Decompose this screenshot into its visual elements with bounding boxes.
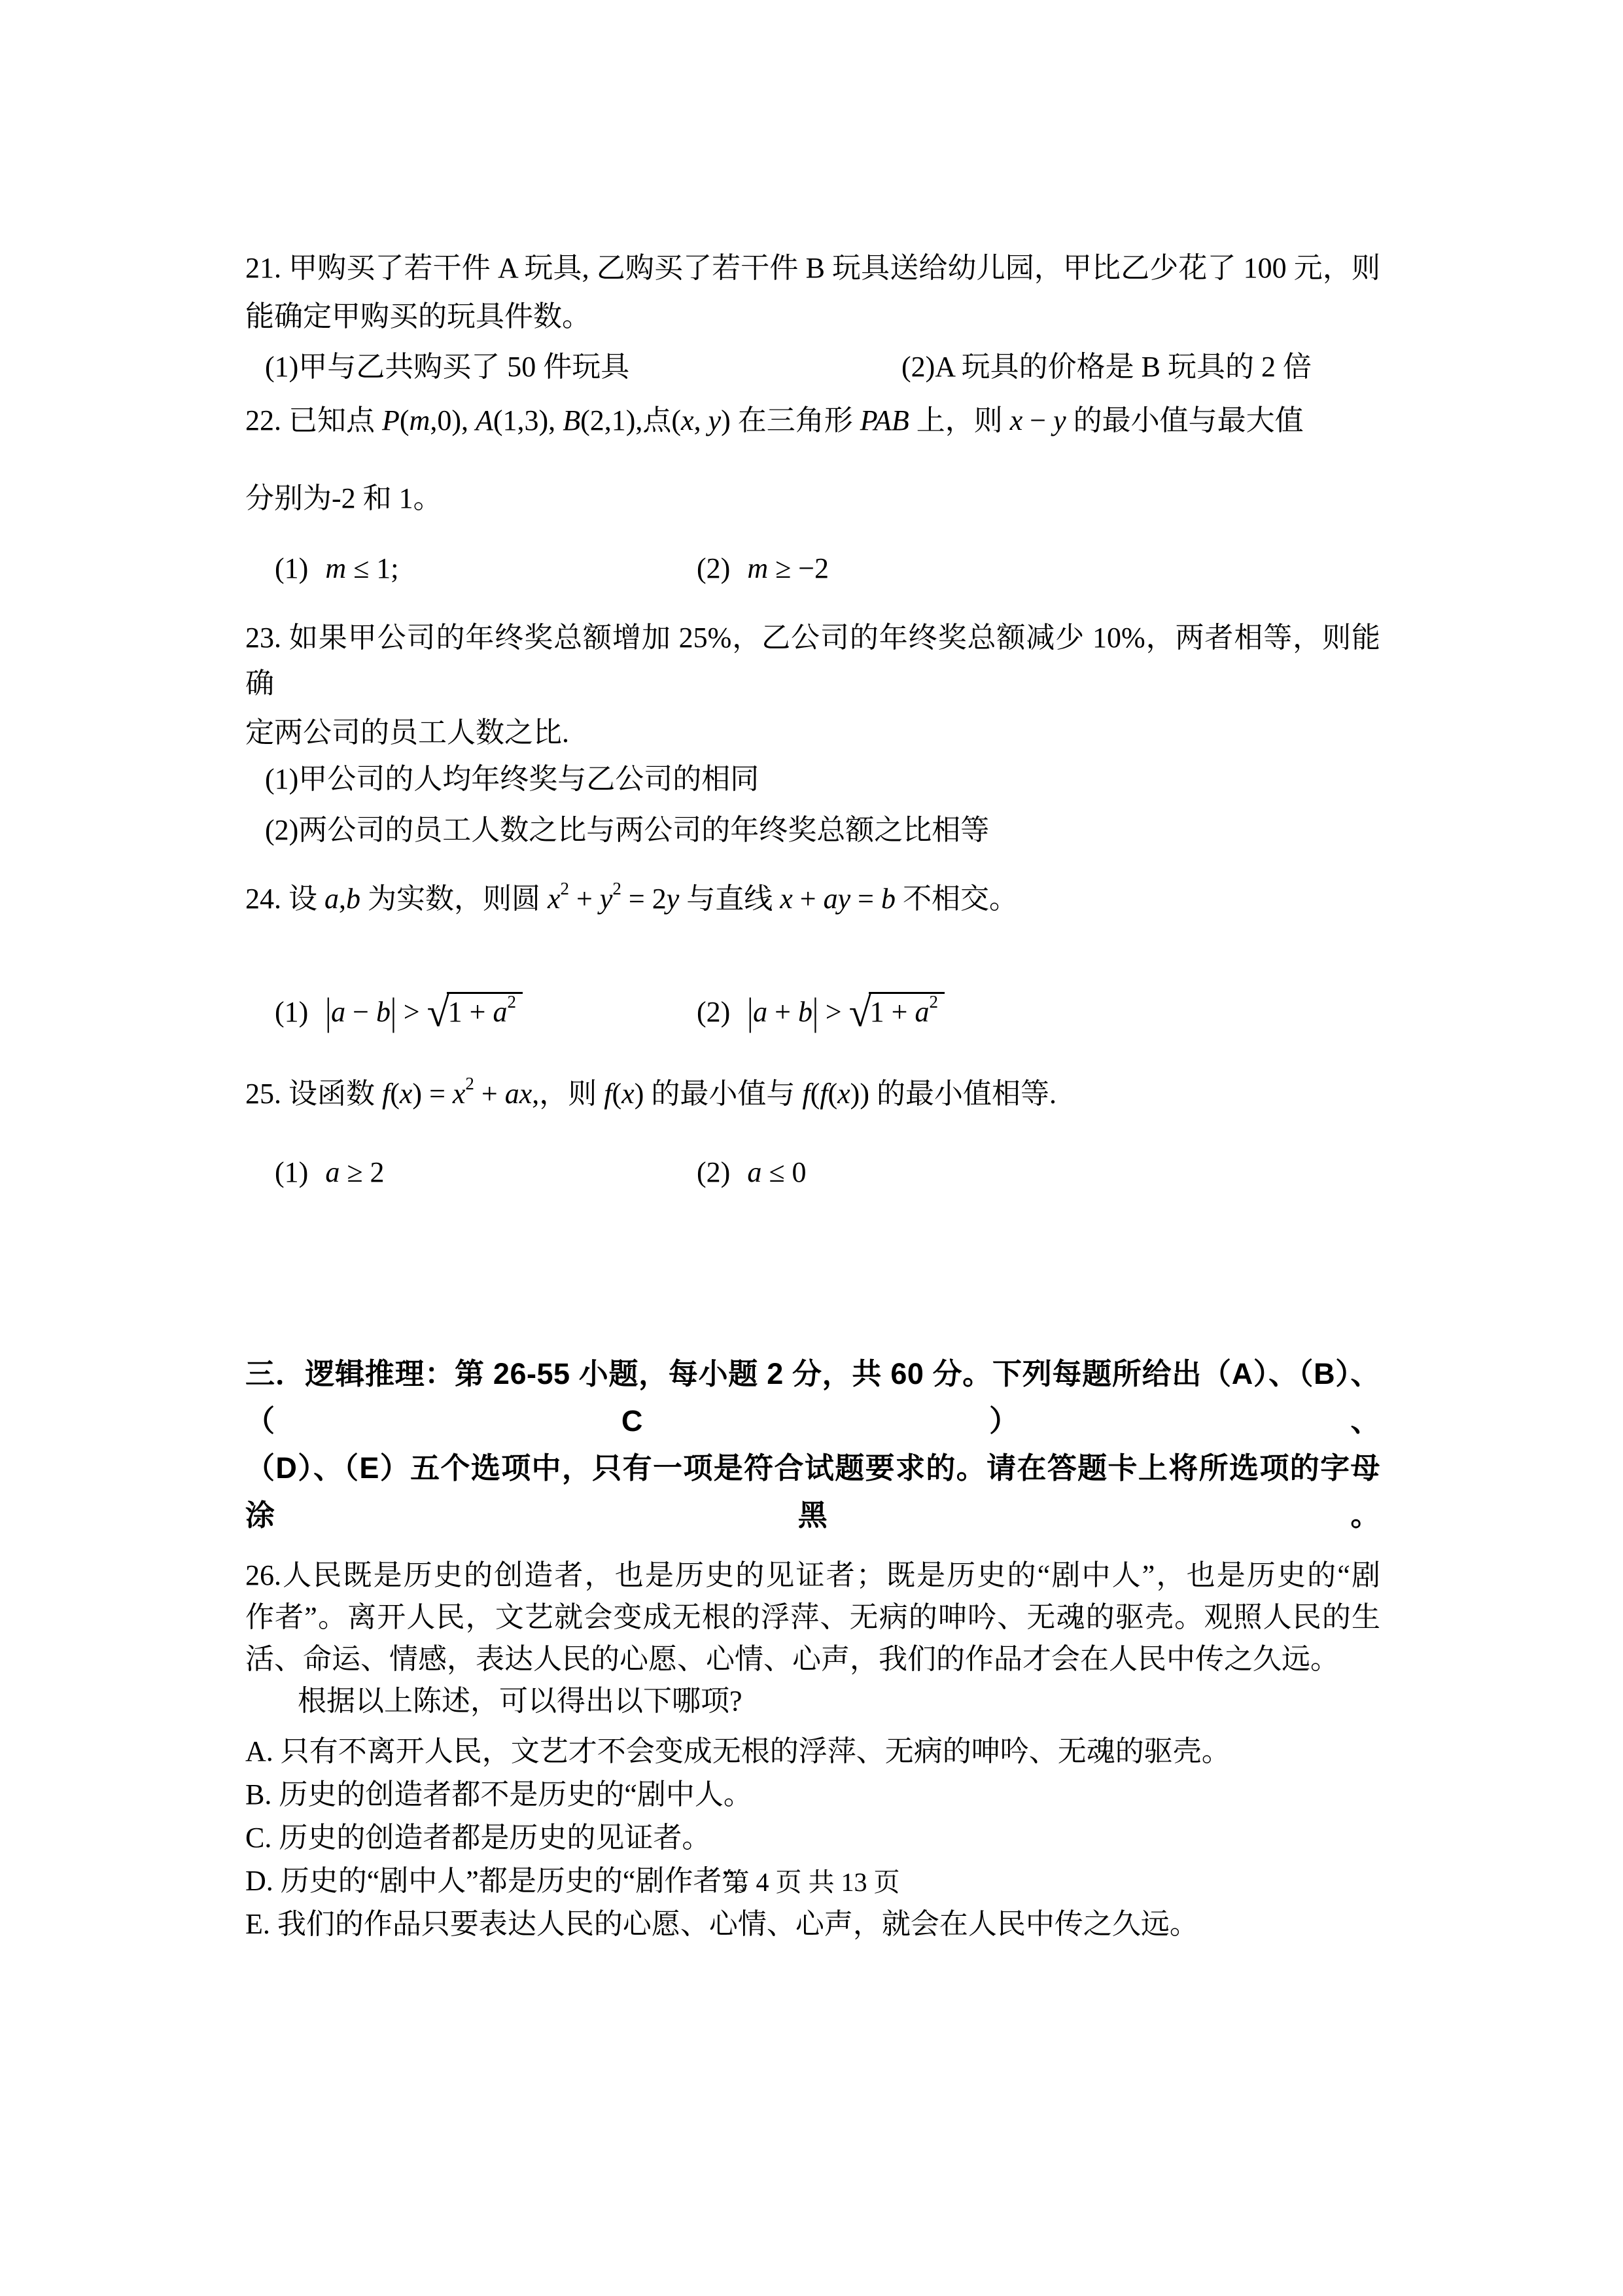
math-token: (1) xyxy=(275,1156,308,1188)
math-token: = xyxy=(850,883,881,915)
math-token: x xyxy=(548,883,561,915)
math-token: (2) xyxy=(697,552,730,584)
math-token: ( xyxy=(390,1078,400,1110)
math-token: a xyxy=(324,883,339,915)
radicand: 1 + a2 xyxy=(447,992,523,1028)
q25-conditions-row: (1)a ≥ 2 (2)a ≤ 0 xyxy=(245,1150,1380,1195)
math-token: 已知点 xyxy=(288,404,382,436)
math-token: x xyxy=(453,1078,466,1110)
math-token: 的最小值与 xyxy=(644,1078,802,1110)
q26-stem-line-3: 活、命运、情感，表达人民的心愿、心情、心声，我们的作品才会在人民中传之久远。 xyxy=(245,1638,1380,1680)
q21-condition-2: (2)A 玩具的价格是 B 玩具的 2 倍 xyxy=(901,344,1380,390)
math-token: 2 xyxy=(929,992,938,1012)
math-token: 与直线 xyxy=(679,883,780,915)
math-token: 25. xyxy=(245,1078,288,1110)
math-token: ,0), xyxy=(430,404,476,436)
math-token: 2 xyxy=(465,1074,474,1093)
math-token: x xyxy=(837,1078,850,1110)
q23-condition-2: (2)两公司的员工人数之比与两公司的年终奖总额之比相等 xyxy=(245,807,1380,853)
math-token: b xyxy=(798,996,812,1028)
math-token: f xyxy=(802,1078,810,1110)
q26-stem-line-2: 作者”。离开人民，文艺就会变成无根的浮萍、无病的呻吟、无魂的驱壳。观照人民的生 xyxy=(245,1597,1380,1638)
condition-label: (1) xyxy=(275,996,308,1028)
q21-condition-1: (1)甲与乙共购买了 50 件玩具 xyxy=(265,344,901,390)
math-token: b xyxy=(376,996,391,1028)
q26-question-line: 根据以上陈述，可以得出以下哪项? xyxy=(245,1680,1380,1722)
math-token: 为实数，则圆 xyxy=(360,883,548,915)
math-token: 22. xyxy=(245,404,288,436)
math-token: 在三角形 xyxy=(731,404,860,436)
math-token: 的最小值相等. xyxy=(869,1078,1056,1110)
q23-stem-line-2: 定两公司的员工人数之比. xyxy=(245,710,1380,756)
math-token: ≥ −2 xyxy=(768,552,829,584)
math-token: PAB xyxy=(860,404,909,436)
section-3-header-line-1: 三．逻辑推理：第 26-55 小题，每小题 2 分，共 60 分。下列每题所给出… xyxy=(245,1351,1380,1445)
q24-stem-line-1: 24. 设 a,b 为实数，则圆 x2 + y2 = 2y 与直线 x + ay… xyxy=(245,873,1380,925)
math-token: 设函数 xyxy=(288,1078,382,1110)
math-token: ,， xyxy=(532,1078,568,1110)
q24-condition-2: (2)|a + b| > √1 + a2 xyxy=(697,973,1380,1051)
q26-option-e: E. 我们的作品只要表达人民的心愿、心情、心声，就会在人民中传之久远。 xyxy=(245,1903,1380,1946)
q25-condition-1: (1)a ≥ 2 xyxy=(275,1150,697,1195)
math-token: 则 xyxy=(568,1078,604,1110)
math-token: m xyxy=(747,552,768,584)
math-token: ≤ 0 xyxy=(761,1156,806,1188)
document-page: 21. 甲购买了若干件 A 玩具, 乙购买了若干件 B 玩具送给幼儿园，甲比乙少… xyxy=(0,0,1623,2296)
math-token: , xyxy=(694,404,708,436)
math-token: a xyxy=(331,996,345,1028)
math-token: (2,1), xyxy=(580,404,642,436)
q22-stem-line-2: 分别为-2 和 1。 xyxy=(245,476,1380,521)
math-token: − xyxy=(345,996,376,1028)
q23-condition-1: (1)甲公司的人均年终奖与乙公司的相同 xyxy=(245,756,1380,802)
q25-condition-2: (2)a ≤ 0 xyxy=(697,1150,1380,1195)
math-token: y xyxy=(1053,404,1066,436)
math-token: a xyxy=(493,996,507,1028)
page-footer: 第 4 页 共 13 页 xyxy=(0,1860,1623,1905)
math-token: 24. xyxy=(245,883,288,915)
radical-sign: √ xyxy=(849,991,871,1035)
math-token: ) = xyxy=(412,1078,452,1110)
math-token: ay xyxy=(824,883,851,915)
math-token: a xyxy=(325,1156,340,1188)
math-token: ( xyxy=(811,1078,820,1110)
q26-option-c: C. 历史的创造者都是历史的见证者。 xyxy=(245,1816,1380,1860)
math-token: f xyxy=(382,1078,390,1110)
math-token: > xyxy=(818,996,849,1028)
q23-stem-line-1: 23. 如果甲公司的年终奖总额增加 25%，乙公司的年终奖总额减少 10%，两者… xyxy=(245,615,1380,707)
q22-condition-1: (1)m ≤ 1; xyxy=(275,546,697,592)
math-token: y xyxy=(667,883,680,915)
math-token: 不相交。 xyxy=(896,883,1018,915)
math-token: ) xyxy=(635,1078,644,1110)
math-token: x xyxy=(400,1078,413,1110)
q22-condition-2: (2)m ≥ −2 xyxy=(697,546,1380,592)
math-token: + xyxy=(767,996,798,1028)
math-token: 1 + xyxy=(448,996,493,1028)
math-token: A xyxy=(476,404,493,436)
math-token: + xyxy=(474,1078,505,1110)
math-token: 2 xyxy=(561,879,570,898)
math-token: ax xyxy=(505,1078,532,1110)
math-token: 1 + xyxy=(870,996,915,1028)
math-token: ( xyxy=(828,1078,837,1110)
math-token: f xyxy=(820,1078,828,1110)
math-token: (1,3), xyxy=(493,404,563,436)
q21-conditions-row: (1)甲与乙共购买了 50 件玩具 (2)A 玩具的价格是 B 玩具的 2 倍 xyxy=(245,344,1380,390)
condition-label: (2) xyxy=(697,996,730,1028)
math-token: 2 xyxy=(612,879,621,898)
q24-condition-1: (1)|a − b| > √1 + a2 xyxy=(275,973,697,1051)
q21-stem-line-2: 能确定甲购买的玩具件数。 xyxy=(245,294,1380,340)
q26-stem-line-1: 26.人民既是历史的创造者，也是历史的见证者；既是历史的“剧中人”，也是历史的“… xyxy=(245,1555,1380,1597)
math-token: m xyxy=(325,552,346,584)
math-token: b xyxy=(346,883,360,915)
math-token: f xyxy=(604,1078,612,1110)
math-token: P xyxy=(382,404,400,436)
q26-option-a: A. 只有不离开人民，文艺才不会变成无根的浮萍、无病的呻吟、无魂的驱壳。 xyxy=(245,1730,1380,1773)
math-token: y xyxy=(708,404,722,436)
math-token: x xyxy=(1010,404,1023,436)
math-token: B xyxy=(563,404,580,436)
q22-conditions-row: (1)m ≤ 1; (2)m ≥ −2 xyxy=(245,546,1380,592)
math-token: ( xyxy=(612,1078,622,1110)
section-3-header-line-2: （D）、（E）五个选项中，只有一项是符合试题要求的。请在答题卡上将所选项的字母涂… xyxy=(245,1445,1380,1539)
sqrt-expression: √1 + a2 xyxy=(849,996,945,1028)
math-token: x xyxy=(780,883,793,915)
math-token: , xyxy=(339,883,346,915)
math-token: b xyxy=(881,883,896,915)
math-token: a xyxy=(747,1156,761,1188)
sqrt-expression: √1 + a2 xyxy=(427,996,523,1028)
math-token: )) xyxy=(850,1078,869,1110)
q26-option-b: B. 历史的创造者都不是历史的“剧中人。 xyxy=(245,1773,1380,1816)
math-token: (1) xyxy=(275,552,308,584)
math-token: > xyxy=(396,996,427,1028)
math-token: + xyxy=(793,883,824,915)
math-token: 上，则 xyxy=(909,404,1010,436)
math-token: m xyxy=(410,404,430,436)
math-token: a xyxy=(753,996,767,1028)
math-token: x xyxy=(621,1078,635,1110)
math-token: 2 xyxy=(507,992,516,1012)
math-token: ≥ 2 xyxy=(340,1156,384,1188)
math-token: = 2 xyxy=(621,883,667,915)
math-token: ) xyxy=(721,404,731,436)
math-token: + xyxy=(569,883,600,915)
radicand: 1 + a2 xyxy=(869,992,945,1028)
radical-sign: √ xyxy=(427,991,449,1035)
q21-stem-line-1: 21. 甲购买了若干件 A 玩具, 乙购买了若干件 B 玩具送给幼儿园，甲比乙少… xyxy=(245,245,1380,291)
math-token: (2) xyxy=(697,1156,730,1188)
math-token: y xyxy=(600,883,613,915)
page-content: 21. 甲购买了若干件 A 玩具, 乙购买了若干件 B 玩具送给幼儿园，甲比乙少… xyxy=(245,0,1380,1946)
math-token: − xyxy=(1022,404,1053,436)
math-token: x xyxy=(681,404,694,436)
math-token: ( xyxy=(671,404,681,436)
math-token: ( xyxy=(400,404,410,436)
math-token: 的最小值与最大值 xyxy=(1066,404,1304,436)
math-token: a xyxy=(915,996,929,1028)
math-token: ≤ 1; xyxy=(346,552,398,584)
q24-conditions-row: (1)|a − b| > √1 + a2 (2)|a + b| > √1 + a… xyxy=(245,973,1380,1051)
math-token: 点 xyxy=(642,404,671,436)
q22-stem-line-1: 22. 已知点 P(m,0), A(1,3), B(2,1),点(x, y) 在… xyxy=(245,395,1380,447)
q25-stem-line-1: 25. 设函数 f(x) = x2 + ax,，则 f(x) 的最小值与 f(f… xyxy=(245,1068,1380,1120)
math-token: 设 xyxy=(288,883,324,915)
